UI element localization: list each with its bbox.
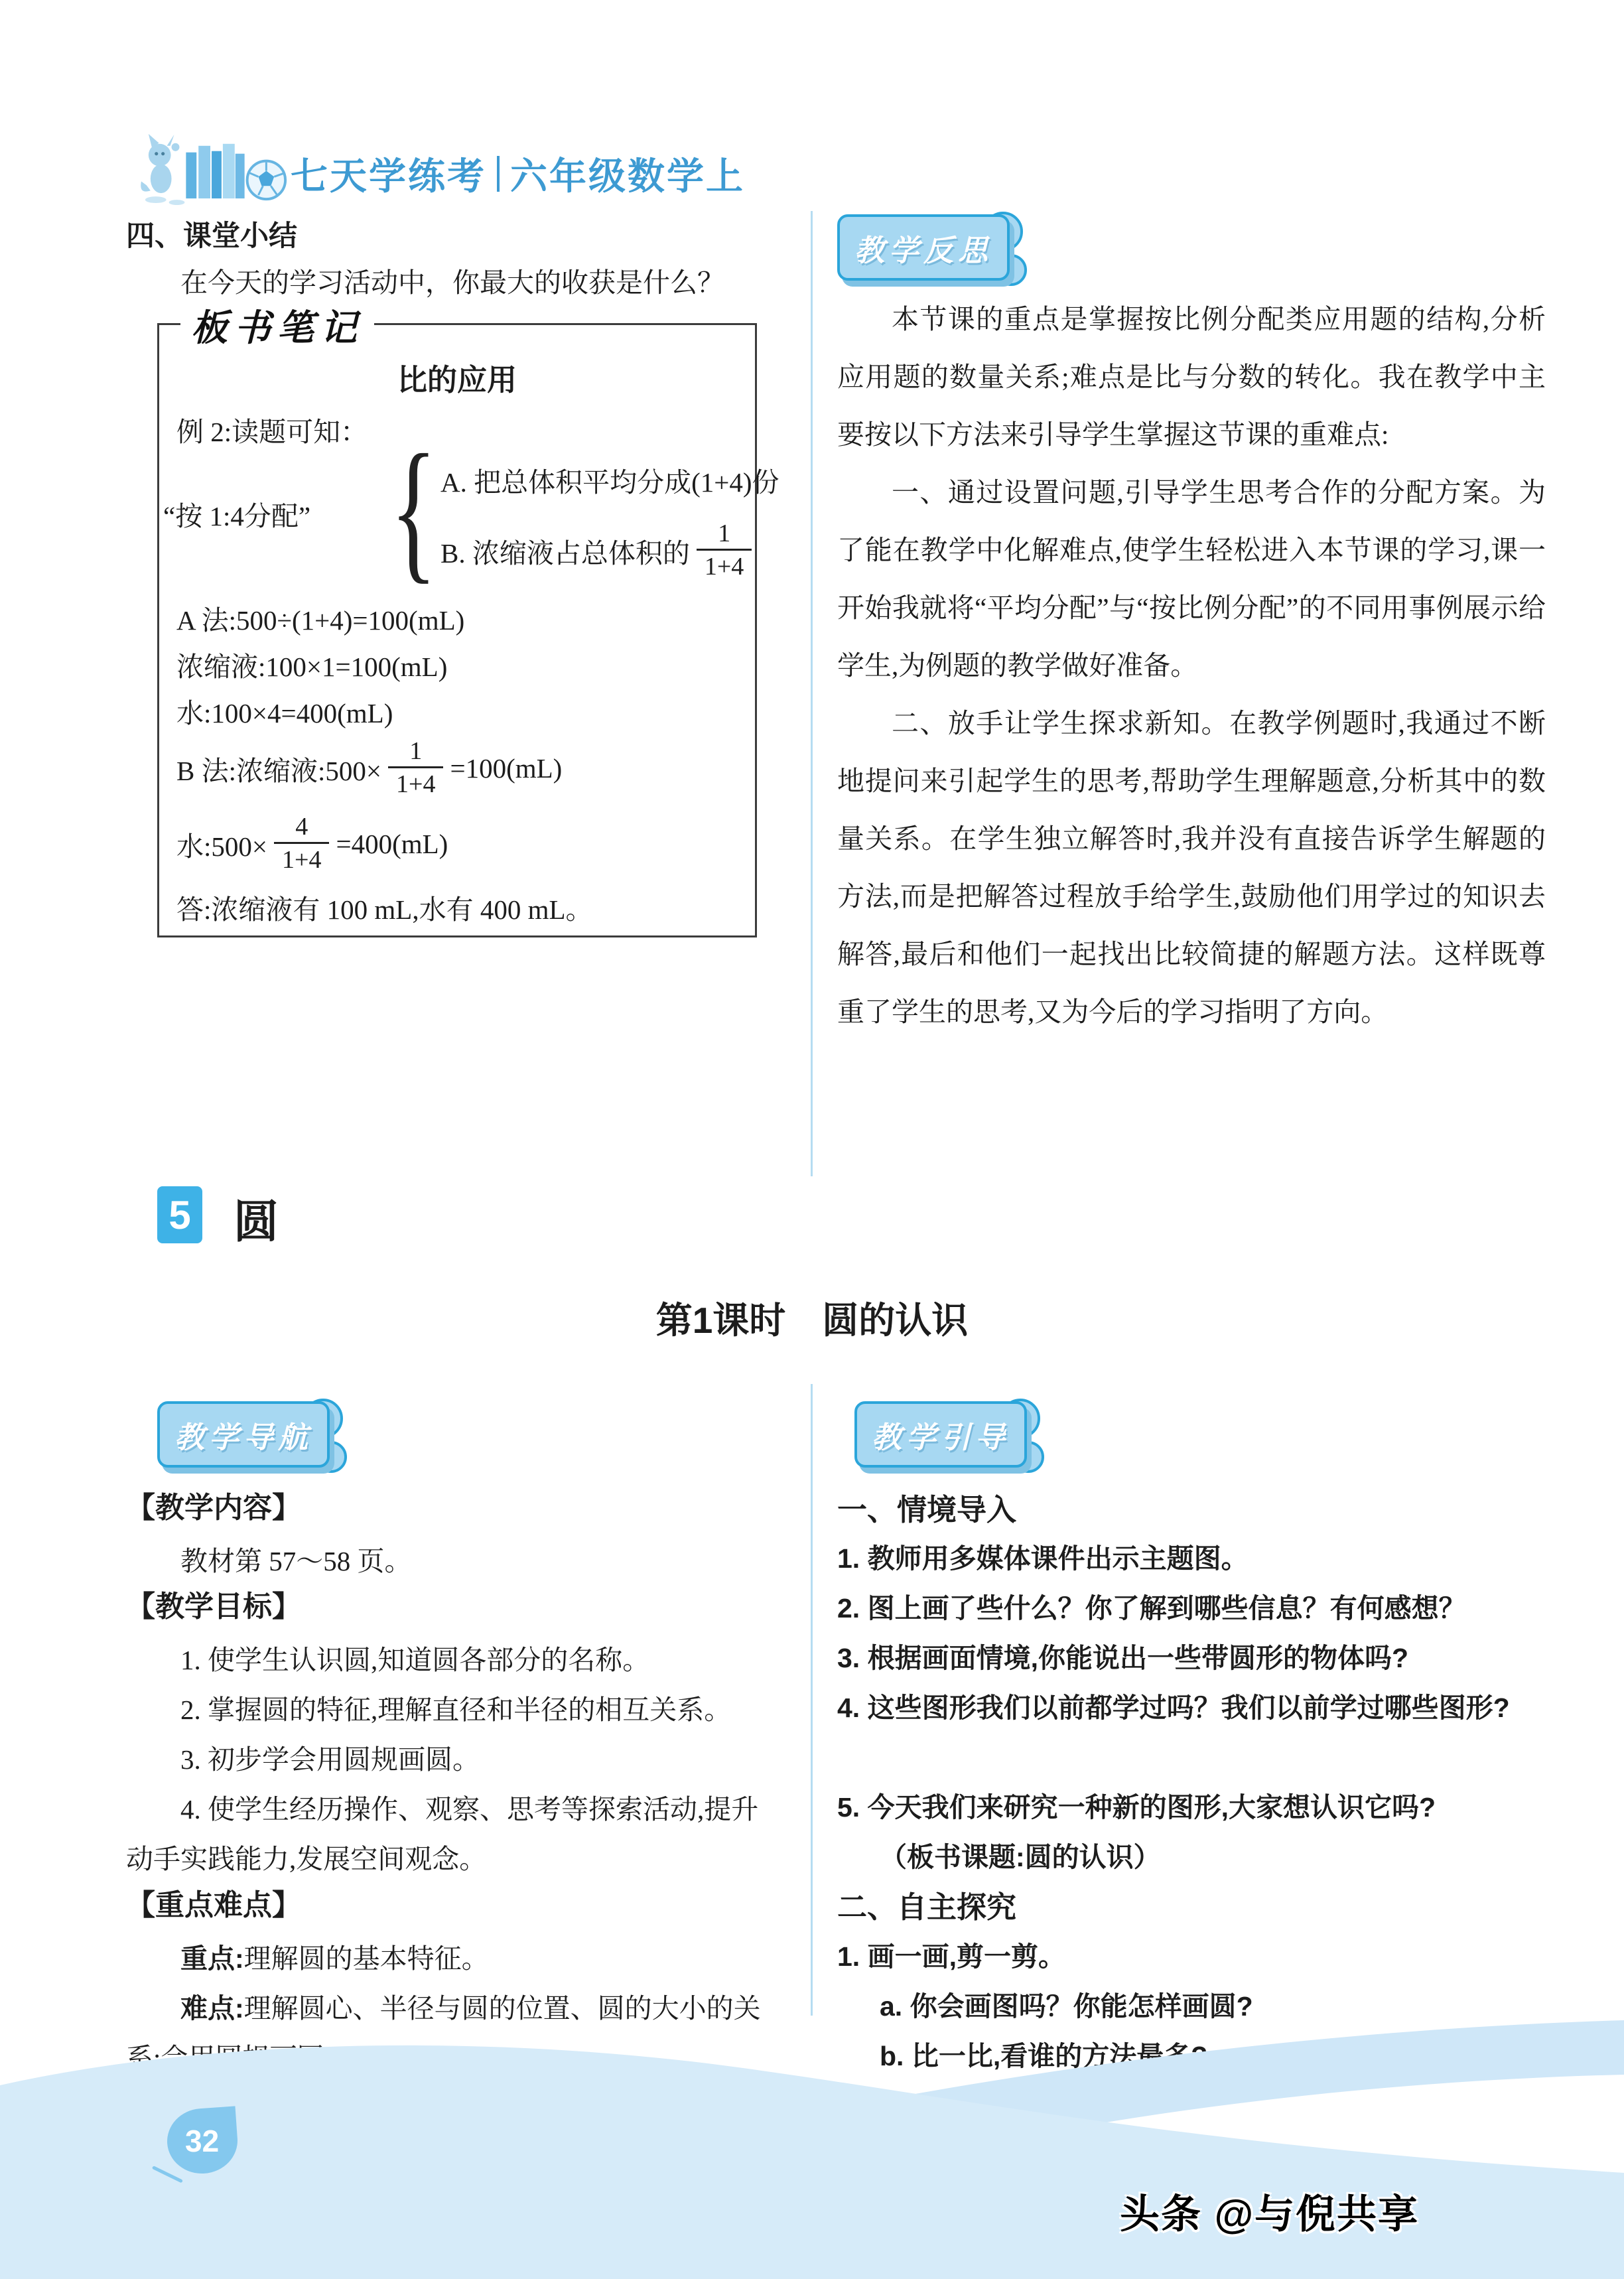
fraction-numerator: 4	[274, 813, 329, 842]
teaching-content-heading: 【教学内容】	[126, 1491, 764, 1525]
guidance-item: 1. 画一画,剪一剪。	[837, 1932, 1583, 1982]
guidance-section-2: 二、自主探究	[837, 1882, 1546, 1932]
reflection-paragraph: 一、通过设置问题,引导学生思考合作的分配方案。为了能在教学中化解难点,使学生轻松…	[837, 464, 1546, 695]
teaching-content-text: 教材第 57～58 页。	[126, 1537, 764, 1586]
guidance-item: 4. 这些图形我们以前都学过吗？我们以前学过哪些图形?	[837, 1683, 1583, 1733]
reflection-paragraph: 二、放手让学生探求新知。在教学例题时,我通过不断地提问来引起学生的思考,帮助学生…	[837, 695, 1546, 1041]
brand-divider	[497, 156, 500, 192]
fraction-denominator: 1+4	[274, 842, 329, 875]
chapter-number-badge: 5	[157, 1186, 202, 1243]
key-difficulty-heading: 【重点难点】	[126, 1888, 764, 1923]
key-point-line: 重点:理解圆的基本特征。	[126, 1934, 764, 1984]
board-option-b: B. 浓缩液占总体积的 1 1+4	[440, 511, 758, 590]
board-example-line: 例 2:读题可知：	[176, 410, 368, 449]
guidance-item: 5. 今天我们来研究一种新的图形,大家想认识它吗?	[837, 1783, 1583, 1832]
fraction: 4 1+4	[274, 813, 329, 874]
guidance-section-1: 一、情境导入	[837, 1485, 1546, 1535]
page-number: 32	[185, 2123, 219, 2159]
column-divider	[811, 1384, 813, 2016]
board-notes-label: 板书笔记	[180, 299, 374, 351]
fraction: 1 1+4	[697, 519, 752, 581]
brand-name: 七天学练考	[291, 147, 486, 200]
brace-glyph: {	[390, 431, 437, 589]
water2-pre: 水:500×	[176, 825, 267, 864]
fraction-numerator: 1	[388, 737, 443, 766]
board-method-b-line: B 法:浓缩液:500× 1 1+4 =100(mL)	[176, 728, 562, 808]
board-water2-line: 水:500× 4 1+4 =400(mL)	[176, 804, 448, 884]
fraction-denominator: 1+4	[697, 549, 752, 582]
guidance-item: 1. 教师用多媒体课件出示主题图。	[837, 1534, 1583, 1584]
section-heading-class-summary: 四、课堂小结	[126, 214, 297, 254]
chapter-number: 5	[169, 1192, 190, 1238]
reflection-paragraph: 本节课的重点是掌握按比例分配类应用题的结构,分析应用题的数量关系;难点是比与分数…	[837, 291, 1546, 464]
fraction: 1 1+4	[388, 737, 443, 799]
chapter-title: 圆	[234, 1186, 279, 1251]
column-divider	[811, 211, 813, 1176]
method-b-post: =100(mL)	[450, 752, 562, 784]
teaching-reflection-badge-label: 教学反思	[854, 226, 992, 269]
guidance-item: 3. 根据画面情境,你能说出一些带圆形的物体吗?	[837, 1633, 1583, 1683]
guidance-board-note: （板书课题:圆的认识）	[837, 1832, 1588, 1882]
goal-item: 4. 使学生经历操作、观察、思考等探索活动,提升动手实践能力,发展空间观念。	[126, 1785, 764, 1884]
board-option-a: A. 把总体积平均分成(1+4)份	[440, 460, 779, 500]
brand-subject: 六年级数学上	[510, 147, 745, 200]
board-answer-line: 答:浓缩液有 100 mL,水有 400 mL。	[176, 888, 593, 927]
board-method-a-line: A 法:500÷(1+4)=100(mL)	[176, 598, 464, 638]
goal-item: 1. 使学生认识圆,知道圆各部分的名称。	[126, 1635, 764, 1685]
mascot-books-ball-logo-icon	[136, 126, 294, 208]
board-title: 比的应用	[159, 356, 755, 399]
teaching-navigation-badge-label: 教学导航	[174, 1413, 312, 1456]
teaching-guidance-badge: 教学引导	[854, 1401, 1027, 1468]
watermark-credit: 头条 @与倪共享	[1120, 2183, 1419, 2240]
goal-item: 2. 掌握圆的特征,理解直径和半径的相互关系。	[126, 1685, 764, 1735]
goal-item: 3. 初步学会用圆规画圆。	[126, 1735, 764, 1785]
board-water-line: 水:100×4=400(mL)	[176, 691, 393, 730]
guidance-item: 2. 图上画了些什么？你了解到哪些信息？有何感想？	[837, 1584, 1583, 1633]
lesson-title: 第1课时 圆的认识	[480, 1291, 1144, 1344]
teaching-reflection-text: 本节课的重点是掌握按比例分配类应用题的结构,分析应用题的数量关系;难点是比与分数…	[837, 291, 1546, 1041]
teaching-reflection-badge: 教学反思	[837, 214, 1010, 281]
key-point-text: 理解圆的基本特征。	[244, 1943, 489, 1974]
board-option-b-text: B. 浓缩液占总体积的	[440, 531, 690, 571]
method-b-pre: B 法:浓缩液:500×	[176, 749, 381, 788]
teaching-navigation-badge: 教学导航	[157, 1401, 330, 1468]
fraction-numerator: 1	[697, 519, 752, 549]
class-summary-question: 在今天的学习活动中，你最大的收获是什么？	[126, 261, 766, 300]
teaching-goal-heading: 【教学目标】	[126, 1590, 764, 1624]
board-notes-box: 比的应用 例 2:读题可知： “按 1:4分配” { A. 把总体积平均分成(1…	[157, 323, 757, 937]
key-point-label: 重点:	[180, 1943, 244, 1974]
board-concentrate-line: 浓缩液:100×1=100(mL)	[176, 645, 447, 684]
water2-post: =400(mL)	[336, 828, 448, 860]
board-ratio-label: “按 1:4分配”	[163, 494, 310, 533]
brand-title: 七天学练考 六年级数学上	[291, 147, 745, 200]
fraction-denominator: 1+4	[388, 766, 443, 799]
teaching-guidance-badge-label: 教学引导	[872, 1413, 1010, 1456]
